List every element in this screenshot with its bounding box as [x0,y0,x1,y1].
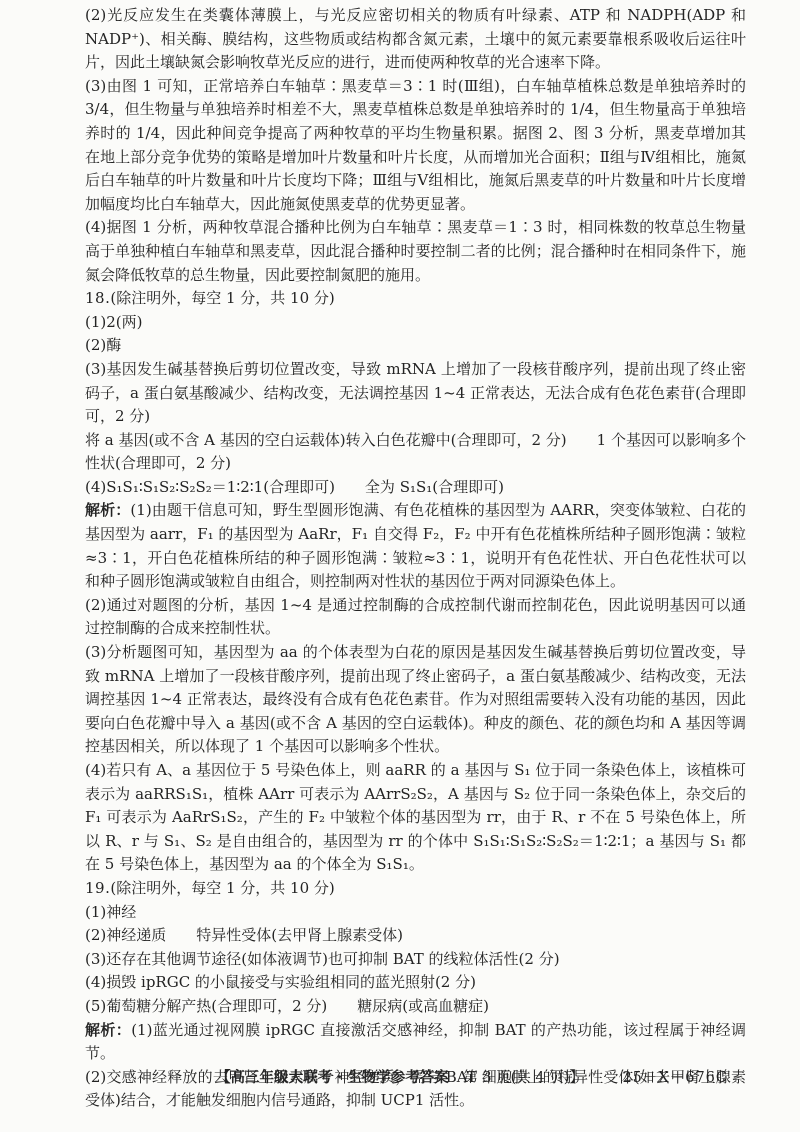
q19-answer-1: (1)神经 [85,901,746,925]
q19-answer-4: (4)损毁 ipRGC 的小鼠接受与实验组相同的蓝光照射(2 分) [85,971,746,995]
q18-analysis-3: (3)分析题图可知，基因型为 aa 的个体表型为白花的原因是基因发生碱基替换后剪… [85,641,746,759]
q18-number: 18. [85,289,110,307]
q18-answer-3-line1: (3)基因发生碱基替换后剪切位置改变，导致 mRNA 上增加了一段核苷酸序列，提… [85,358,746,429]
q18-analysis-1: 解析：(1)由题干信息可知，野生型圆形饱满、有色花植株的基因型为 AARR，突变… [85,499,746,593]
q18-answer-4: (4)S₁S₁∶S₁S₂∶S₂S₂＝1∶2∶1(合理即可) 全为 S₁S₁(合理… [85,476,746,500]
footer-page-number: 第 3 页(共 4 页)】 [449,1070,584,1086]
q18-answer-2: (2)酶 [85,334,746,358]
q19-analysis-label: 解析： [85,1021,131,1039]
q19-analysis-1: 解析：(1)蓝光通过视网膜 ipRGC 直接激活交感神经，抑制 BAT 的产热功… [85,1019,746,1066]
q18-analysis-2: (2)通过对题图的分析，基因 1~4 是通过控制酶的合成控制代谢而控制花色，因此… [85,594,746,641]
q18-answer-3-line2: 将 a 基因(或不含 A 基因的空白运载体)转入白色花瓣中(合理即可，2 分) … [85,429,746,476]
q17-answer-part3: (3)由图 1 可知，正常培养白车轴草∶黑麦草＝3∶1 时(Ⅲ组)，白车轴草植株… [85,75,746,217]
q19-answer-5: (5)葡萄糖分解产热(合理即可，2 分) 糖尿病(或高血糖症) [85,995,746,1019]
exam-answer-sheet-page: (2)光反应发生在类囊体薄膜上，与光反应密切相关的物质有叶绿素、ATP 和 NA… [0,0,800,1132]
page-footer: 【高三年级大联考 · 生物学参考答案 第 3 页(共 4 页)】 25－X－67… [0,1066,800,1090]
q18-header: 18.(除注明外，每空 1 分，共 10 分) [85,287,746,311]
q19-scoring-note: (除注明外，每空 1 分，共 10 分) [110,879,334,897]
q19-header: 19.(除注明外，每空 1 分，共 10 分) [85,877,746,901]
q17-answer-part2: (2)光反应发生在类囊体薄膜上，与光反应密切相关的物质有叶绿素、ATP 和 NA… [85,4,746,75]
q19-answer-3: (3)还存在其他调节途径(如体液调节)也可抑制 BAT 的线粒体活性(2 分) [85,948,746,972]
q18-analysis-4: (4)若只有 A、a 基因位于 5 号染色体上，则 aaRR 的 a 基因与 S… [85,759,746,877]
footer-paper-code: 25－X－676C [622,1066,728,1090]
q17-answer-part4: (4)据图 1 分析，两种牧草混合播种比例为白车轴草∶黑麦草＝1∶3 时，相同株… [85,216,746,287]
q19-answer-2: (2)神经递质 特异性受体(去甲肾上腺素受体) [85,924,746,948]
q19-number: 19. [85,879,110,897]
answer-content: (2)光反应发生在类囊体薄膜上，与光反应密切相关的物质有叶绿素、ATP 和 NA… [85,4,746,1113]
footer-exam-title: 【高三年级大联考 · 生物学参考答案 [216,1069,449,1086]
q18-analysis-label: 解析： [85,501,130,519]
q18-scoring-note: (除注明外，每空 1 分，共 10 分) [110,289,334,307]
q18-answer-1: (1)2(两) [85,311,746,335]
